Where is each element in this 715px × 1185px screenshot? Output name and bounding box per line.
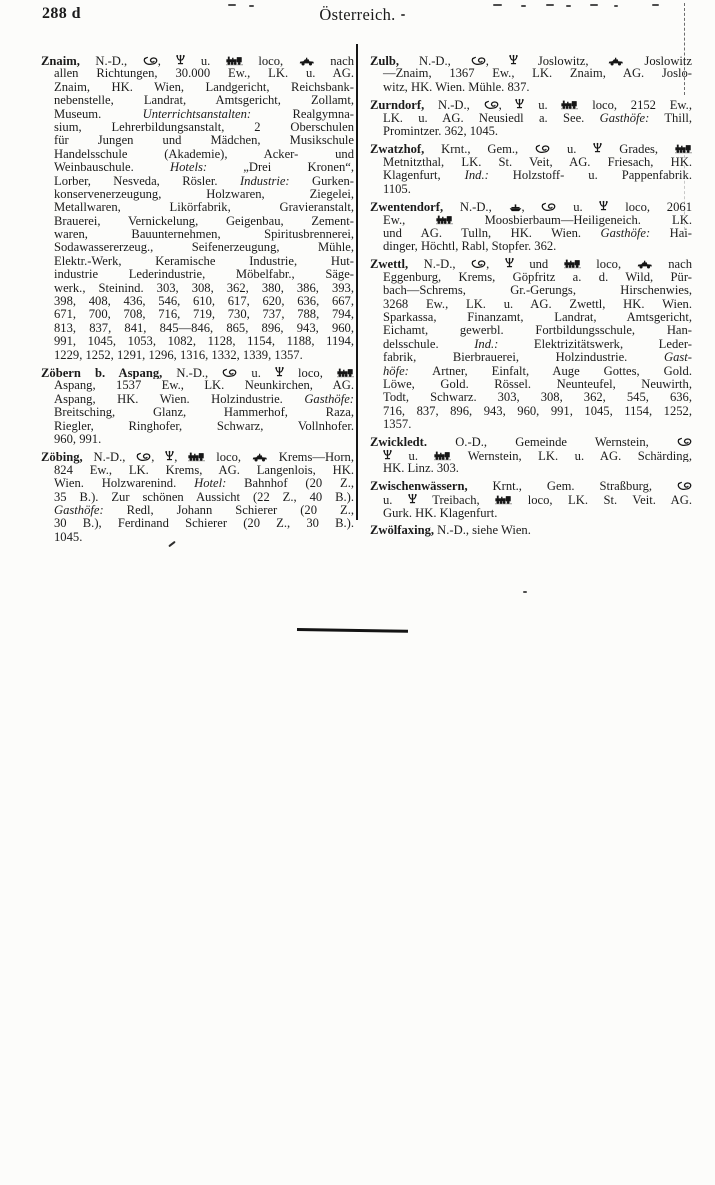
entry-headword: Zwettl, bbox=[370, 257, 408, 270]
entry-line: delsschule. Ind.: Elektrizitätswerk, Led… bbox=[370, 338, 692, 351]
entry-headword: Zwölfaxing, bbox=[370, 524, 434, 537]
entry-text: LK. u. AG. Neusiedl a. See. bbox=[383, 112, 600, 125]
entry-text: Hotel: bbox=[194, 477, 226, 490]
entry-text: 813, 837, 841, 845—846, 865, 896, 943, 9… bbox=[54, 322, 354, 335]
scan-artifact bbox=[228, 4, 236, 6]
entry-zwoelfaxing: Zwölfaxing, N.-D., siehe Wien. bbox=[370, 524, 692, 537]
entry-text: sium, Lehrerbildungsanstalt, 2 Oberschul… bbox=[54, 121, 354, 134]
entry-text: „Drei Kronen“, bbox=[207, 161, 354, 174]
entry-text: Realgymna- bbox=[251, 108, 354, 121]
entry-text: N.-D., bbox=[408, 257, 471, 270]
entry-text: , bbox=[486, 257, 505, 270]
entry-headword: Zöbern b. Aspang, bbox=[41, 366, 162, 379]
entry-line: Löwe, Gold. Rössel. Neunteufel, Neuwirth… bbox=[370, 378, 692, 391]
posthorn-icon bbox=[471, 259, 486, 269]
posthorn-icon bbox=[471, 56, 486, 66]
scan-artifact bbox=[546, 4, 554, 6]
entry-line: waren, Bauunternehmen, Spiritusbrennerei… bbox=[41, 228, 354, 241]
entry-text: 991, 1045, 1053, 1082, 1128, 1154, 1188,… bbox=[54, 335, 354, 348]
entry-text: und AG. Tulln, HK. Wien. bbox=[383, 227, 601, 240]
entry-text: Joslowitz, bbox=[518, 54, 609, 67]
entry-text: Joslowitz bbox=[624, 54, 692, 67]
entry-line: 1045. bbox=[41, 531, 354, 544]
scan-artifact bbox=[401, 14, 405, 16]
entry-line: 30 B.), Ferdinand Schierer (20 Z., 30 B.… bbox=[41, 517, 354, 530]
entry-text: 398, 408, 436, 546, 610, 617, 620, 636, … bbox=[54, 295, 354, 308]
entry-line: fabrik, Bierbrauerei, Holzindustrie. Gas… bbox=[370, 351, 692, 364]
entry-zoebing: Zöbing, N.-D., , , loco, Krems—Horn,824 … bbox=[41, 450, 354, 544]
entry-text: Todt, Schwarz. 303, 308, 362, 545, 636, bbox=[383, 391, 692, 404]
entry-text: u. bbox=[524, 98, 561, 111]
entry-text: Bahnhof (20 Z., bbox=[226, 477, 354, 490]
entry-text: , bbox=[486, 54, 509, 67]
entry-line: höfe: Artner, Einfalt, Auge Gottes, Gold… bbox=[370, 365, 692, 378]
scan-artifact bbox=[590, 4, 598, 6]
entry-text: nebenstelle, Landrat, Amtsgericht, Zolla… bbox=[54, 94, 354, 107]
entry-line: Gasthöfe: Redl, Johann Schierer (20 Z., bbox=[41, 504, 354, 517]
scan-artifact bbox=[523, 591, 527, 593]
entry-line: Zwischenwässern, Krnt., Gem. Straßburg, bbox=[370, 480, 692, 493]
entry-zwentendorf: Zwentendorf, N.-D., , u. loco, 2061Ew., … bbox=[370, 200, 692, 254]
entry-line: 398, 408, 436, 546, 610, 617, 620, 636, … bbox=[41, 295, 354, 308]
entry-text: höfe: bbox=[383, 365, 409, 378]
entry-line: 991, 1045, 1053, 1082, 1128, 1154, 1188,… bbox=[41, 335, 354, 348]
telegraph-icon bbox=[505, 257, 514, 268]
entry-line: Weinbauschule. Hotels: „Drei Kronen“, bbox=[41, 161, 354, 174]
entry-text: N.-D., bbox=[443, 200, 508, 213]
entry-text: 35 B.). Zur schönen Aussicht (22 Z., 40 … bbox=[54, 491, 354, 504]
entry-text: Grades, bbox=[602, 142, 675, 155]
entry-text: 1357. bbox=[383, 418, 411, 431]
entry-line: dinger, Höchtl, Rabl, Stopfer. 362. bbox=[370, 240, 692, 253]
entry-text: Moosbierbaum—Heiligeneich. LK. bbox=[453, 213, 692, 226]
entry-text: Holzstoff- u. Pappenfabrik. bbox=[489, 169, 692, 182]
entry-text: 1105. bbox=[383, 183, 411, 196]
entry-line: u. Wernstein, LK. u. AG. Schärding, bbox=[370, 449, 692, 462]
entry-line: Znaim, HK. Wien, Landgericht, Reichsbank… bbox=[41, 81, 354, 94]
entry-text: u. bbox=[556, 200, 599, 213]
entry-line: industrie Lederindustrie, Möbelfabr., Sä… bbox=[41, 268, 354, 281]
locomotive-icon bbox=[495, 494, 512, 505]
entry-text: Elektrizitätswerk, Leder- bbox=[498, 338, 692, 351]
entry-text: Sparkassa, Finanzamt, Landrat, Amtsgeric… bbox=[383, 311, 692, 324]
entry-text: delsschule. bbox=[383, 338, 474, 351]
locomotive-icon bbox=[564, 258, 581, 269]
entry-headword: Zulb, bbox=[370, 54, 399, 67]
entry-text: loco, 2061 bbox=[608, 200, 692, 213]
column-divider bbox=[356, 44, 358, 520]
entry-line: Breitsching, Glanz, Hammerhof, Raza, bbox=[41, 406, 354, 419]
locomotive-icon bbox=[337, 367, 354, 378]
scan-artifact bbox=[614, 5, 618, 7]
entry-text: Gasthöfe: bbox=[600, 112, 650, 125]
telegraph-icon bbox=[275, 366, 284, 377]
entry-text: Gasthöfe: bbox=[304, 393, 354, 406]
entry-text: Gasthöfe: bbox=[54, 504, 104, 517]
entry-text: Krnt., Gem., bbox=[424, 142, 535, 155]
entry-text: Aspang, 1537 Ew., LK. Neunkirchen, AG. bbox=[54, 379, 354, 392]
entry-line: 3268 Ew., LK. u. AG. Zwettl, HK. Wien. bbox=[370, 298, 692, 311]
entry-text: Artner, Einfalt, Auge Gottes, Gold. bbox=[409, 365, 692, 378]
entry-text: Promintzer. 362, 1045. bbox=[383, 125, 498, 138]
entry-text: Gurk. HK. Klagenfurt. bbox=[383, 507, 497, 520]
entry-line: —Znaim, 1367 Ew., LK. Znaim, AG. Joslo- bbox=[370, 67, 692, 80]
entry-line: HK. Linz. 303. bbox=[370, 462, 692, 475]
automobile-icon bbox=[608, 57, 624, 66]
entry-line: sium, Lehrerbildungsanstalt, 2 Oberschul… bbox=[41, 121, 354, 134]
page-title: Österreich. bbox=[0, 5, 715, 25]
entry-text: Metallwaren, Likörfabrik, Gravieranstalt… bbox=[54, 201, 354, 214]
entry-text: loco, bbox=[243, 54, 299, 67]
entry-text: Riegler, Ringhofer, Schwarz, Vollnhofer. bbox=[54, 420, 354, 433]
entry-line: 1229, 1252, 1291, 1296, 1316, 1332, 1339… bbox=[41, 349, 354, 362]
locomotive-icon bbox=[188, 451, 205, 462]
entry-line: 35 B.). Zur schönen Aussicht (22 Z., 40 … bbox=[41, 491, 354, 504]
entry-text: Aspang, HK. Wien. Holzindustrie. bbox=[54, 393, 304, 406]
entry-line: Klagenfurt, Ind.: Holzstoff- u. Pappenfa… bbox=[370, 169, 692, 182]
right-column: Zulb, N.-D., , Joslowitz, Joslowitz—Znai… bbox=[370, 54, 692, 541]
entry-text: Industrie: bbox=[240, 175, 290, 188]
telegraph-icon bbox=[593, 142, 602, 153]
entry-line: u. Treibach, loco, LK. St. Veit. AG. bbox=[370, 493, 692, 506]
posthorn-icon bbox=[222, 368, 237, 378]
entry-text: Elektr.-Werk, Keramische Industrie, Hut- bbox=[54, 255, 354, 268]
locomotive-icon bbox=[436, 214, 453, 225]
posthorn-icon bbox=[143, 56, 158, 66]
entry-text: Ind.: bbox=[465, 169, 489, 182]
entry-text: u. bbox=[383, 493, 408, 506]
entry-text: Löwe, Gold. Rössel. Neunteufel, Neuwirth… bbox=[383, 378, 692, 391]
entry-line: Zwickledt. O.-D., Gemeinde Wernstein, bbox=[370, 436, 692, 449]
entry-line: Sodawassererzeug., Seifenerzeugung, Mühl… bbox=[41, 241, 354, 254]
telegraph-icon bbox=[176, 54, 185, 65]
entry-text: u. bbox=[550, 142, 593, 155]
posthorn-icon bbox=[541, 202, 556, 212]
entry-line: Elektr.-Werk, Keramische Industrie, Hut- bbox=[41, 255, 354, 268]
scan-artifact bbox=[566, 5, 571, 7]
entry-line: Promintzer. 362, 1045. bbox=[370, 125, 692, 138]
entry-line: Handelsschule (Akademie), Acker- und bbox=[41, 148, 354, 161]
telegraph-icon bbox=[509, 54, 518, 65]
entry-line: Wien. Holzwarenind. Hotel: Bahnhof (20 Z… bbox=[41, 477, 354, 490]
entry-text: Eggenburg, Krems, Göpfritz a. d. Wild, P… bbox=[383, 271, 692, 284]
ship-icon bbox=[509, 203, 522, 212]
entry-text: loco, bbox=[581, 257, 637, 270]
entry-text: Weinbauschule. bbox=[54, 161, 170, 174]
entry-text: , bbox=[174, 450, 188, 463]
entry-line: LK. u. AG. Neusiedl a. See. Gasthöfe: Th… bbox=[370, 112, 692, 125]
entry-text: Handelsschule (Akademie), Acker- und bbox=[54, 148, 354, 161]
entry-text: Treibach, bbox=[417, 493, 495, 506]
entry-text: loco, bbox=[284, 366, 337, 379]
entry-line: Zulb, N.-D., , Joslowitz, Joslowitz bbox=[370, 54, 692, 67]
entry-text: Gast- bbox=[664, 351, 692, 364]
section-separator-rule bbox=[297, 628, 408, 632]
entry-line: Ew., Moosbierbaum—Heiligeneich. LK. bbox=[370, 213, 692, 226]
entry-text: loco, 2152 Ew., bbox=[578, 98, 692, 111]
scan-artifact bbox=[493, 4, 502, 6]
entry-text: —Znaim, 1367 Ew., LK. Znaim, AG. Joslo- bbox=[383, 67, 692, 80]
entry-text: N.-D., bbox=[83, 450, 137, 463]
entry-line: Zwentendorf, N.-D., , u. loco, 2061 bbox=[370, 200, 692, 213]
entry-text: Lorber, Nesveda, Rösler. bbox=[54, 175, 240, 188]
entry-line: Zwettl, N.-D., , und loco, nach bbox=[370, 257, 692, 270]
entry-line: Gurk. HK. Klagenfurt. bbox=[370, 507, 692, 520]
entry-line: 671, 700, 708, 716, 719, 730, 737, 788, … bbox=[41, 308, 354, 321]
entry-line: 1357. bbox=[370, 418, 692, 431]
entry-text: nach bbox=[653, 257, 692, 270]
entry-line: 824 Ew., LK. Krems, AG. Langenlois, HK. bbox=[41, 464, 354, 477]
entry-text: waren, Bauunternehmen, Spiritusbrennerei… bbox=[54, 228, 354, 241]
entry-line: Aspang, 1537 Ew., LK. Neunkirchen, AG. bbox=[41, 379, 354, 392]
entry-text: N.-D., bbox=[424, 98, 483, 111]
entry-text: Wernstein, LK. u. AG. Schärding, bbox=[451, 449, 692, 462]
entry-text: 960, 991. bbox=[54, 433, 101, 446]
entry-text: dinger, Höchtl, Rabl, Stopfer. 362. bbox=[383, 240, 556, 253]
entry-text: u. bbox=[237, 366, 275, 379]
entry-text: Eichamt, gewerbl. Fortbildungsschule, Ha… bbox=[383, 324, 692, 337]
entry-text: industrie Lederindustrie, Möbelfabr., Sä… bbox=[54, 268, 354, 281]
entry-text: konservenerzeugung, Holzwaren, Ziegelei, bbox=[54, 188, 354, 201]
entry-line: und AG. Tulln, HK. Wien. Gasthöfe: Hai- bbox=[370, 227, 692, 240]
locomotive-icon bbox=[675, 143, 692, 154]
entry-text: Redl, Johann Schierer (20 Z., bbox=[104, 504, 354, 517]
telegraph-icon bbox=[599, 200, 608, 211]
entry-line: werk., Steinind. 303, 308, 362, 380, 386… bbox=[41, 282, 354, 295]
posthorn-icon bbox=[484, 100, 499, 110]
entry-text: für Jungen und Mädchen, Musikschule bbox=[54, 134, 354, 147]
scan-artifact bbox=[249, 5, 254, 7]
entry-line: Aspang, HK. Wien. Holzindustrie. Gasthöf… bbox=[41, 393, 354, 406]
entry-text: Znaim, HK. Wien, Landgericht, Reichsbank… bbox=[54, 81, 354, 94]
entry-text: nach bbox=[315, 54, 354, 67]
entry-zwatzhof: Zwatzhof, Krnt., Gem., u. Grades, Metnit… bbox=[370, 142, 692, 196]
entry-znaim: Znaim, N.-D., , u. loco, nachallen Richt… bbox=[41, 54, 354, 362]
entry-zurndorf: Zurndorf, N.-D., , u. loco, 2152 Ew.,LK.… bbox=[370, 98, 692, 138]
entry-line: 716, 837, 896, 943, 960, 991, 1045, 1154… bbox=[370, 405, 692, 418]
entry-text: , bbox=[151, 450, 165, 463]
entry-line: nebenstelle, Landrat, Amtsgericht, Zolla… bbox=[41, 94, 354, 107]
entry-line: für Jungen und Mädchen, Musikschule bbox=[41, 134, 354, 147]
entry-line: Zöbern b. Aspang, N.-D., u. loco, bbox=[41, 366, 354, 379]
automobile-icon bbox=[637, 260, 653, 269]
entry-text: 3268 Ew., LK. u. AG. Zwettl, HK. Wien. bbox=[383, 298, 692, 311]
entry-text: u. bbox=[392, 449, 434, 462]
entry-text: 824 Ew., LK. Krems, AG. Langenlois, HK. bbox=[54, 464, 354, 477]
automobile-icon bbox=[252, 453, 268, 462]
entry-text: 716, 837, 896, 943, 960, 991, 1045, 1154… bbox=[383, 405, 692, 418]
entry-text: N.-D., bbox=[399, 54, 471, 67]
locomotive-icon bbox=[561, 99, 578, 110]
entry-headword: Zurndorf, bbox=[370, 98, 424, 111]
entry-zoebern: Zöbern b. Aspang, N.-D., u. loco, Aspang… bbox=[41, 366, 354, 446]
entry-text: Hotels: bbox=[170, 161, 207, 174]
left-column: Znaim, N.-D., , u. loco, nachallen Richt… bbox=[41, 54, 354, 548]
entry-text: Unterrichtsanstalten: bbox=[143, 108, 251, 121]
entry-line: Brauerei, Vernickelung, Geigenbau, Zemen… bbox=[41, 215, 354, 228]
entry-text: , bbox=[522, 200, 542, 213]
posthorn-icon bbox=[677, 437, 692, 447]
entry-zwischenwaessern: Zwischenwässern, Krnt., Gem. Straßburg, … bbox=[370, 480, 692, 520]
entry-line: Lorber, Nesveda, Rösler. Industrie: Gurk… bbox=[41, 175, 354, 188]
entry-text: Metnitzthal, LK. St. Veit, AG. Friesach,… bbox=[383, 156, 692, 169]
entry-text: Krems—Horn, bbox=[268, 450, 354, 463]
automobile-icon bbox=[299, 57, 315, 66]
entry-line: Eichamt, gewerbl. Fortbildungsschule, Ha… bbox=[370, 324, 692, 337]
entry-line: Riegler, Ringhofer, Schwarz, Vollnhofer. bbox=[41, 420, 354, 433]
entry-headword: Znaim, bbox=[41, 54, 80, 67]
entry-line: Zurndorf, N.-D., , u. loco, 2152 Ew., bbox=[370, 98, 692, 111]
entry-text: Breitsching, Glanz, Hammerhof, Raza, bbox=[54, 406, 354, 419]
entry-text: bach—Schrems, Gr.-Gerungs, Hirschenwies, bbox=[383, 284, 692, 297]
entry-line: Eggenburg, Krems, Göpfritz a. d. Wild, P… bbox=[370, 271, 692, 284]
entry-text: loco, bbox=[205, 450, 252, 463]
entry-headword: Zwickledt. bbox=[370, 436, 427, 449]
entry-text: 30 B.), Ferdinand Schierer (20 Z., 30 B.… bbox=[54, 517, 354, 530]
telegraph-icon bbox=[515, 98, 524, 109]
entry-text: und bbox=[514, 257, 564, 270]
entry-headword: Zöbing, bbox=[41, 450, 83, 463]
entry-headword: Zwentendorf, bbox=[370, 200, 443, 213]
entry-line: konservenerzeugung, Holzwaren, Ziegelei, bbox=[41, 188, 354, 201]
posthorn-icon bbox=[136, 452, 151, 462]
entry-text: Gasthöfe: bbox=[601, 227, 651, 240]
entry-text: fabrik, Bierbrauerei, Holzindustrie. bbox=[383, 351, 664, 364]
entry-line: Zwölfaxing, N.-D., siehe Wien. bbox=[370, 524, 692, 537]
entry-text: 1045. bbox=[54, 531, 82, 544]
entry-text: 1229, 1252, 1291, 1296, 1316, 1332, 1339… bbox=[54, 349, 303, 362]
posthorn-icon bbox=[677, 481, 692, 491]
locomotive-icon bbox=[226, 55, 243, 66]
telegraph-icon bbox=[165, 450, 174, 461]
entry-line: witz, HK. Wien. Mühle. 837. bbox=[370, 81, 692, 94]
entry-text: Ew., bbox=[383, 213, 436, 226]
entry-text: , bbox=[499, 98, 516, 111]
entry-text: Gurken- bbox=[290, 175, 354, 188]
entry-text: Krnt., Gem. Straßburg, bbox=[468, 480, 677, 493]
entry-text: Wien. Holzwarenind. bbox=[54, 477, 194, 490]
entry-line: Zwatzhof, Krnt., Gem., u. Grades, bbox=[370, 142, 692, 155]
entry-line: Metnitzthal, LK. St. Veit, AG. Friesach,… bbox=[370, 156, 692, 169]
entry-headword: Zwatzhof, bbox=[370, 142, 424, 155]
entry-text: N.-D., bbox=[80, 54, 143, 67]
entry-line: 1105. bbox=[370, 183, 692, 196]
entry-line: 813, 837, 841, 845—846, 865, 896, 943, 9… bbox=[41, 322, 354, 335]
entry-text: Ind.: bbox=[474, 338, 498, 351]
entry-text: loco, LK. St. Veit. AG. bbox=[512, 493, 692, 506]
entry-text: N.-D., siehe Wien. bbox=[434, 524, 531, 537]
telegraph-icon bbox=[408, 493, 417, 504]
entry-text: witz, HK. Wien. Mühle. 837. bbox=[383, 81, 530, 94]
entry-text: Klagenfurt, bbox=[383, 169, 465, 182]
posthorn-icon bbox=[535, 144, 550, 154]
entry-line: Zöbing, N.-D., , , loco, Krems—Horn, bbox=[41, 450, 354, 463]
entry-line: Sparkassa, Finanzamt, Landrat, Amtsgeric… bbox=[370, 311, 692, 324]
entry-line: Znaim, N.-D., , u. loco, nach bbox=[41, 54, 354, 67]
scan-artifact bbox=[521, 5, 526, 7]
entry-zulb: Zulb, N.-D., , Joslowitz, Joslowitz—Znai… bbox=[370, 54, 692, 94]
entry-text: Hai- bbox=[650, 227, 692, 240]
entry-text: Museum. bbox=[54, 108, 143, 121]
entry-line: 960, 991. bbox=[41, 433, 354, 446]
entry-text: Sodawassererzeug., Seifenerzeugung, Mühl… bbox=[54, 241, 354, 254]
entry-text: N.-D., bbox=[162, 366, 222, 379]
entry-text: , bbox=[158, 54, 177, 67]
entry-text: O.-D., Gemeinde Wernstein, bbox=[427, 436, 677, 449]
entry-text: 671, 700, 708, 716, 719, 730, 737, 788, … bbox=[54, 308, 354, 321]
entry-text: u. bbox=[185, 54, 225, 67]
entry-line: Todt, Schwarz. 303, 308, 362, 545, 636, bbox=[370, 391, 692, 404]
entry-text: allen Richtungen, 30.000 Ew., LK. u. AG. bbox=[54, 67, 354, 80]
entry-text: Brauerei, Vernickelung, Geigenbau, Zemen… bbox=[54, 215, 354, 228]
entry-line: allen Richtungen, 30.000 Ew., LK. u. AG. bbox=[41, 67, 354, 80]
locomotive-icon bbox=[434, 450, 451, 461]
entry-zwickledt: Zwickledt. O.-D., Gemeinde Wernstein, u.… bbox=[370, 436, 692, 476]
entry-line: Metallwaren, Likörfabrik, Gravieranstalt… bbox=[41, 201, 354, 214]
telegraph-icon bbox=[383, 449, 392, 460]
scan-artifact bbox=[652, 4, 659, 6]
entry-line: Museum. Unterrichtsanstalten: Realgymna- bbox=[41, 108, 354, 121]
entry-headword: Zwischenwässern, bbox=[370, 480, 468, 493]
entry-text: Thill, bbox=[649, 112, 692, 125]
directory-page: 288 d Österreich. Znaim, N.-D., , u. loc… bbox=[0, 0, 715, 1185]
entry-text: HK. Linz. 303. bbox=[383, 462, 459, 475]
entry-zwettl: Zwettl, N.-D., , und loco, nachEggenburg… bbox=[370, 257, 692, 431]
entry-line: bach—Schrems, Gr.-Gerungs, Hirschenwies, bbox=[370, 284, 692, 297]
entry-text: werk., Steinind. 303, 308, 362, 380, 386… bbox=[54, 282, 354, 295]
